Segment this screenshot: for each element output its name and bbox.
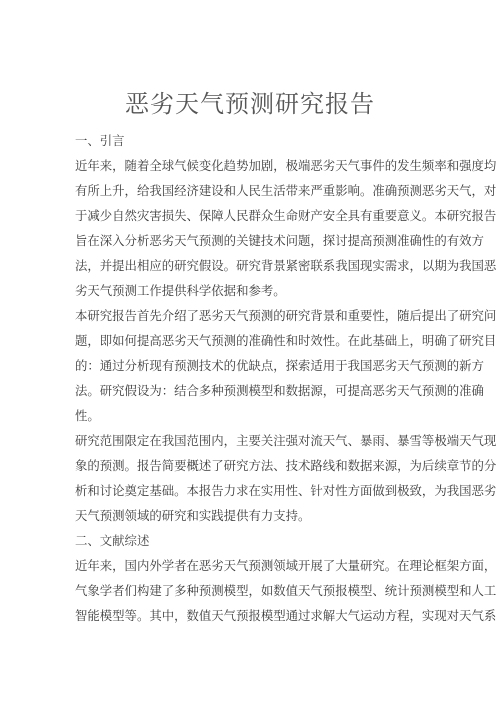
paragraph-line: 近年来，随着全球气候变化趋势加剧，极端恶劣天气事件的发生频率和强度均 — [75, 153, 435, 178]
paragraph-line: 智能模型等。其中，数值天气预报模型通过求解大气运动方程，实现对天气系 — [75, 603, 435, 628]
paragraph-line: 于减少自然灾害损失、保障人民群众生命财产安全具有重要意义。本研究报告 — [75, 203, 435, 228]
paragraph-line: 研究范围限定在我国范围内，主要关注强对流天气、暴雨、暴雪等极端天气现 — [75, 428, 435, 453]
paragraph-line: 气象学者们构建了多种预测模型，如数值天气预报模型、统计预测模型和人工 — [75, 578, 435, 603]
document-page: 恶劣天气预测研究报告 一、引言 近年来，随着全球气候变化趋势加剧，极端恶劣天气事… — [0, 0, 500, 707]
paragraph-line: 法，并提出相应的研究假设。研究背景紧密联系我国现实需求，以期为我国恶 — [75, 253, 435, 278]
paragraph-line: 天气预测领域的研究和实践提供有力支持。 — [75, 503, 435, 528]
paragraph-line: 象的预测。报告简要概述了研究方法、技术路线和数据来源，为后续章节的分 — [75, 453, 435, 478]
paragraph-line: 析和讨论奠定基础。本报告力求在实用性、针对性方面做到极致，为我国恶劣 — [75, 478, 435, 503]
document-body: 一、引言 近年来，随着全球气候变化趋势加剧，极端恶劣天气事件的发生频率和强度均 … — [75, 128, 435, 628]
paragraph-line: 题，即如何提高恶劣天气预测的准确性和时效性。在此基础上，明确了研究目 — [75, 328, 435, 353]
paragraph-line: 本研究报告首先介绍了恶劣天气预测的研究背景和重要性，随后提出了研究问 — [75, 303, 435, 328]
paragraph-line: 旨在深入分析恶劣天气预测的关键技术问题，探讨提高预测准确性的有效方 — [75, 228, 435, 253]
paragraph-line: 近年来，国内外学者在恶劣天气预测领域开展了大量研究。在理论框架方面， — [75, 553, 435, 578]
document-title: 恶劣天气预测研究报告 — [0, 84, 500, 119]
paragraph-line: 劣天气预测工作提供科学依据和参考。 — [75, 278, 435, 303]
paragraph-line: 有所上升，给我国经济建设和人民生活带来严重影响。准确预测恶劣天气，对 — [75, 178, 435, 203]
section-heading-introduction: 一、引言 — [75, 128, 435, 153]
paragraph-line: 的：通过分析现有预测技术的优缺点，探索适用于我国恶劣天气预测的新方 — [75, 353, 435, 378]
paragraph-line: 法。研究假设为：结合多种预测模型和数据源，可提高恶劣天气预测的准确 — [75, 378, 435, 403]
section-heading-literature-review: 二、文献综述 — [75, 528, 435, 553]
paragraph-line: 性。 — [75, 403, 435, 428]
